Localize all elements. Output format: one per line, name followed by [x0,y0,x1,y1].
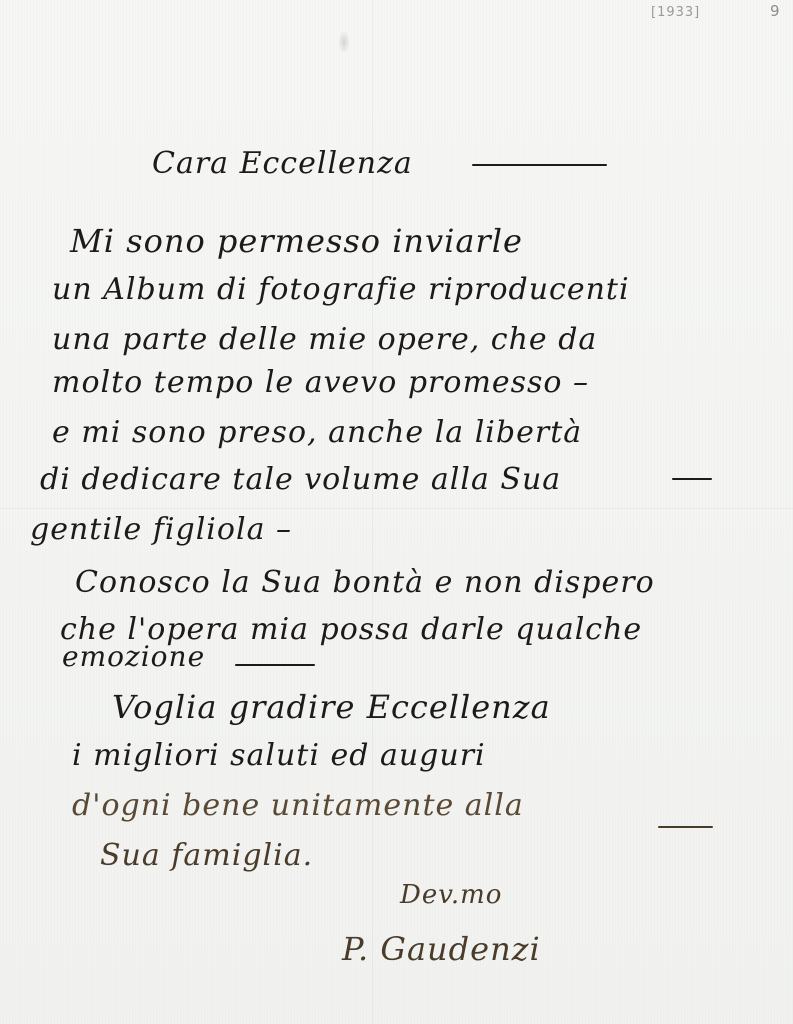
letter-page: [1933] 9 Cara Eccellenza Mi sono permess… [0,0,793,1024]
body-line-10-flourish [235,664,315,666]
closing: Dev.mo [400,880,502,910]
body-line-3: una parte delle mie opere, che da [52,322,597,357]
body-line-2: un Album di fotografie riproducenti [52,272,630,307]
body-line-6-flourish [672,478,712,480]
body-line-13-flourish [658,826,713,828]
paper-fold-horizontal [0,508,793,509]
body-line-4: molto tempo le avevo promesso – [52,365,589,400]
page-number: 9 [770,2,780,20]
signature: P. Gaudenzi [342,930,541,968]
body-line-10: emozione [62,640,205,673]
body-line-14: Sua famiglia. [100,838,313,873]
archive-date-annotation: [1933] [651,5,700,20]
body-line-8: Conosco la Sua bontà e non dispero [75,565,655,600]
body-line-12: i migliori saluti ed auguri [72,738,486,773]
body-line-5: e mi sono preso, anche la libertà [52,415,582,450]
body-line-13: d'ogni bene unitamente alla [72,788,524,823]
salutation-flourish [472,164,607,166]
body-line-7: gentile figliola – [30,512,292,547]
salutation: Cara Eccellenza [152,146,413,181]
body-line-1: Mi sono permesso inviarle [70,222,523,260]
body-line-6: di dedicare tale volume alla Sua [40,462,561,497]
paper-stain [338,30,350,54]
body-line-11: Voglia gradire Eccellenza [112,688,551,726]
